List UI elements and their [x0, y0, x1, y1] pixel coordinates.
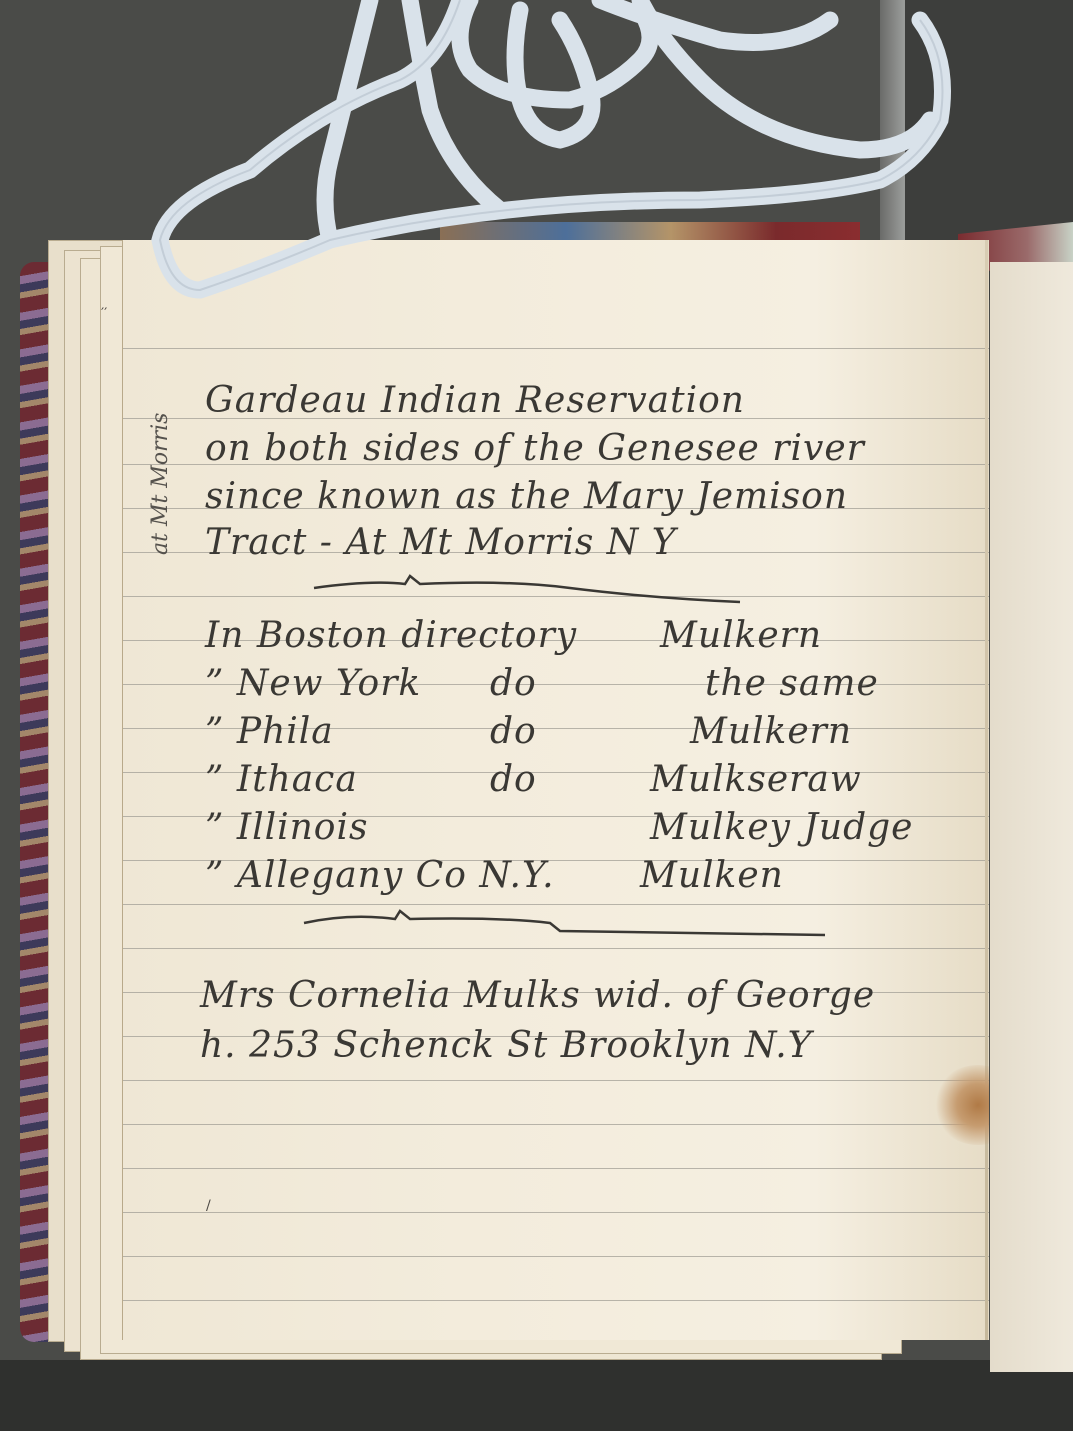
name-cell: Mulkey Judge: [650, 807, 913, 848]
ditto-cell: do: [490, 663, 537, 704]
ruled-line: [123, 1124, 989, 1125]
ruled-line: [123, 1256, 989, 1257]
name-cell: Mulken: [640, 855, 784, 896]
background-felt-bottom: [0, 1360, 1073, 1431]
ruled-line: [123, 1168, 989, 1169]
ruled-line: [123, 1212, 989, 1213]
place-cell: ” Phila: [205, 711, 334, 752]
ditto-cell: do: [490, 759, 537, 800]
place-cell: In Boston directory: [205, 615, 577, 656]
place-cell: ” Allegany Co N.Y.: [205, 855, 555, 896]
name-cell: Mulkern: [660, 615, 822, 656]
heading-line-1: Gardeau Indian Reservation: [205, 380, 745, 421]
place-cell: ” New York: [205, 663, 421, 704]
stray-mark: /: [206, 1198, 211, 1214]
ruled-line: [123, 1080, 989, 1081]
divider-flourish: [300, 905, 830, 945]
name-cell: the same: [705, 663, 879, 704]
heading-line-2: on both sides of the Genesee river: [205, 428, 865, 469]
binding-gutter: [985, 240, 988, 1340]
name-cell: Mulkseraw: [650, 759, 862, 800]
heading-line-3: since known as the Mary Jemison: [205, 476, 848, 517]
margin-note: at Mt Morris: [148, 413, 173, 555]
place-cell: ” Illinois: [205, 807, 368, 848]
divider-flourish: [310, 570, 750, 610]
ruled-line: [123, 1300, 989, 1301]
address-line-1: Mrs Cornelia Mulks wid. of George: [200, 975, 875, 1016]
ruled-line: [123, 948, 989, 949]
stray-mark: ′′: [101, 306, 107, 322]
place-cell: ” Ithaca: [205, 759, 358, 800]
heading-line-4: Tract - At Mt Morris N Y: [205, 522, 677, 563]
ditto-cell: do: [490, 711, 537, 752]
address-line-2: h. 253 Schenck St Brooklyn N.Y: [200, 1025, 812, 1066]
ruled-line: [123, 348, 989, 349]
binding-stain: [933, 1065, 989, 1145]
name-cell: Mulkern: [690, 711, 852, 752]
facing-page: [990, 262, 1073, 1372]
